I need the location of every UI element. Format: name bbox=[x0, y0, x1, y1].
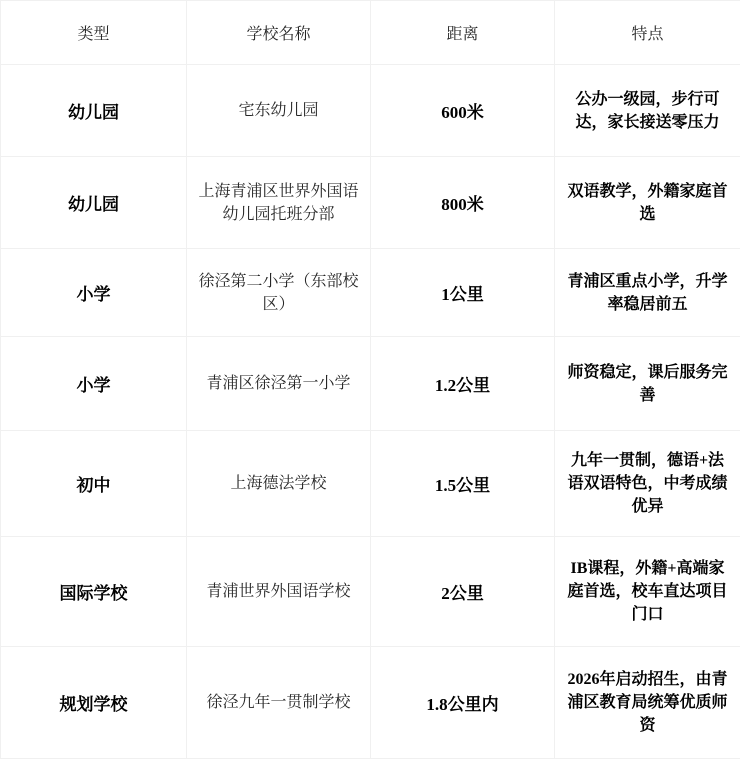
header-row: 类型 学校名称 距离 特点 bbox=[1, 1, 740, 65]
cell-school-name: 上海青浦区世界外国语幼儿园托班分部 bbox=[187, 157, 371, 249]
table-body: 幼儿园 宅东幼儿园 600米 公办一级园，步行可达，家长接送零压力 幼儿园 上海… bbox=[1, 65, 740, 759]
cell-features: 2026年启动招生，由青浦区教育局统筹优质师资 bbox=[555, 647, 740, 759]
cell-distance: 1.8公里内 bbox=[371, 647, 555, 759]
table-row: 规划学校 徐泾九年一贯制学校 1.8公里内 2026年启动招生，由青浦区教育局统… bbox=[1, 647, 740, 759]
cell-type: 规划学校 bbox=[1, 647, 187, 759]
cell-type: 小学 bbox=[1, 249, 187, 337]
table-row: 小学 青浦区徐泾第一小学 1.2公里 师资稳定，课后服务完善 bbox=[1, 337, 740, 431]
cell-type: 幼儿园 bbox=[1, 157, 187, 249]
column-header-distance: 距离 bbox=[371, 1, 555, 65]
page: 类型 学校名称 距离 特点 幼儿园 宅东幼儿园 600米 公办一级园，步行可达，… bbox=[0, 0, 740, 766]
table-row: 小学 徐泾第二小学（东部校区） 1公里 青浦区重点小学，升学率稳居前五 bbox=[1, 249, 740, 337]
cell-features: 双语教学，外籍家庭首选 bbox=[555, 157, 740, 249]
cell-features: 公办一级园，步行可达，家长接送零压力 bbox=[555, 65, 740, 157]
cell-school-name: 徐泾第二小学（东部校区） bbox=[187, 249, 371, 337]
cell-type: 初中 bbox=[1, 431, 187, 537]
column-header-features: 特点 bbox=[555, 1, 740, 65]
cell-school-name: 徐泾九年一贯制学校 bbox=[187, 647, 371, 759]
column-header-type: 类型 bbox=[1, 1, 187, 65]
cell-features: 师资稳定，课后服务完善 bbox=[555, 337, 740, 431]
cell-school-name: 上海德法学校 bbox=[187, 431, 371, 537]
schools-table: 类型 学校名称 距离 特点 幼儿园 宅东幼儿园 600米 公办一级园，步行可达，… bbox=[0, 0, 740, 759]
cell-distance: 1.2公里 bbox=[371, 337, 555, 431]
cell-school-name: 青浦世界外国语学校 bbox=[187, 537, 371, 647]
cell-features: 青浦区重点小学，升学率稳居前五 bbox=[555, 249, 740, 337]
cell-school-name: 青浦区徐泾第一小学 bbox=[187, 337, 371, 431]
cell-type: 国际学校 bbox=[1, 537, 187, 647]
table-row: 初中 上海德法学校 1.5公里 九年一贯制，德语+法语双语特色，中考成绩优异 bbox=[1, 431, 740, 537]
cell-distance: 2公里 bbox=[371, 537, 555, 647]
table-row: 幼儿园 上海青浦区世界外国语幼儿园托班分部 800米 双语教学，外籍家庭首选 bbox=[1, 157, 740, 249]
cell-type: 幼儿园 bbox=[1, 65, 187, 157]
cell-distance: 600米 bbox=[371, 65, 555, 157]
cell-features: IB课程，外籍+高端家庭首选，校车直达项目门口 bbox=[555, 537, 740, 647]
cell-distance: 800米 bbox=[371, 157, 555, 249]
table-row: 国际学校 青浦世界外国语学校 2公里 IB课程，外籍+高端家庭首选，校车直达项目… bbox=[1, 537, 740, 647]
cell-school-name: 宅东幼儿园 bbox=[187, 65, 371, 157]
cell-distance: 1.5公里 bbox=[371, 431, 555, 537]
cell-distance: 1公里 bbox=[371, 249, 555, 337]
cell-features: 九年一贯制，德语+法语双语特色，中考成绩优异 bbox=[555, 431, 740, 537]
cell-type: 小学 bbox=[1, 337, 187, 431]
table-row: 幼儿园 宅东幼儿园 600米 公办一级园，步行可达，家长接送零压力 bbox=[1, 65, 740, 157]
column-header-school-name: 学校名称 bbox=[187, 1, 371, 65]
